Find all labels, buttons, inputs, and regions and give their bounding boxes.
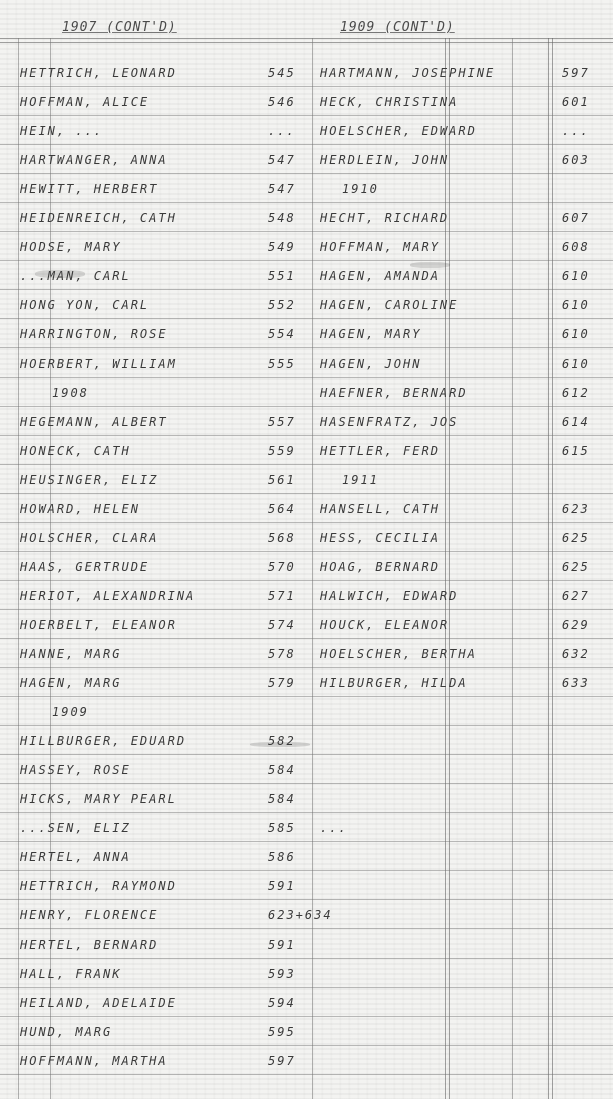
header-rule xyxy=(0,38,613,39)
header-rule-double xyxy=(0,42,613,43)
left-name: HEIDENREICH, CATH xyxy=(20,211,177,225)
right-number: 597 xyxy=(562,66,590,80)
ledger-row: HEILAND, ADELAIDE594 xyxy=(0,988,613,1017)
left-name: HICKS, MARY PEARL xyxy=(20,792,177,806)
ledger-row: HETTRICH, RAYMOND591 xyxy=(0,871,613,900)
left-number: 548 xyxy=(268,211,296,225)
left-name: HEGEMANN, ALBERT xyxy=(20,415,168,429)
ledger-page: 1907 (CONT'D) 1909 (CONT'D) HETTRICH, LE… xyxy=(0,0,613,1099)
left-name: HETTRICH, LEONARD xyxy=(20,66,177,80)
right-name: HAEFNER, BERNARD xyxy=(320,386,468,400)
right-name: HAGEN, JOHN xyxy=(320,357,421,371)
ledger-row: HARRINGTON, ROSE554HAGEN, MARY610 xyxy=(0,319,613,348)
right-name: HERDLEIN, JOHN xyxy=(320,153,449,167)
left-number: 549 xyxy=(268,240,296,254)
year-marker: 1910 xyxy=(342,182,379,196)
left-name: HEUSINGER, ELIZ xyxy=(20,473,158,487)
right-column-header: 1909 (CONT'D) xyxy=(340,20,455,35)
left-number: 623+634 xyxy=(268,908,333,922)
ledger-row: HALL, FRANK593 xyxy=(0,959,613,988)
right-number: 623 xyxy=(562,502,590,516)
left-name: HODSE, MARY xyxy=(20,240,121,254)
right-number: 633 xyxy=(562,676,590,690)
ledger-row: HEWITT, HERBERT5471910 xyxy=(0,174,613,203)
left-number: ... xyxy=(268,124,296,138)
left-number: 578 xyxy=(268,647,296,661)
left-number: 570 xyxy=(268,560,296,574)
left-name: HOFFMAN, ALICE xyxy=(20,95,149,109)
right-number: 615 xyxy=(562,444,590,458)
smudge xyxy=(250,742,310,747)
right-number: 612 xyxy=(562,386,590,400)
left-number: 554 xyxy=(268,327,296,341)
ledger-row: HARTWANGER, ANNA547HERDLEIN, JOHN603 xyxy=(0,145,613,174)
right-name: HECK, CHRISTINA xyxy=(320,95,458,109)
right-number: 601 xyxy=(562,95,590,109)
right-name: HOFFMAN, MARY xyxy=(320,240,440,254)
right-number: 607 xyxy=(562,211,590,225)
left-number: 595 xyxy=(268,1025,296,1039)
year-marker: 1908 xyxy=(52,386,89,400)
ledger-row: HICKS, MARY PEARL584 xyxy=(0,784,613,813)
ledger-row: HEGEMANN, ALBERT557HASENFRATZ, JOS614 xyxy=(0,407,613,436)
left-name: HERIOT, ALEXANDRINA xyxy=(20,589,195,603)
left-number: 547 xyxy=(268,153,296,167)
left-number: 547 xyxy=(268,182,296,196)
ledger-row: HEIN, ......HOELSCHER, EDWARD... xyxy=(0,116,613,145)
right-number: 614 xyxy=(562,415,590,429)
left-name: ...SEN, ELIZ xyxy=(20,821,131,835)
right-name: HILBURGER, HILDA xyxy=(320,676,468,690)
ledger-row: HETTRICH, LEONARD545HARTMANN, JOSEPHINE5… xyxy=(0,58,613,87)
left-number: 564 xyxy=(268,502,296,516)
left-number: 546 xyxy=(268,95,296,109)
left-number: 574 xyxy=(268,618,296,632)
ledger-row: HERTEL, ANNA586 xyxy=(0,842,613,871)
left-name: HANNE, MARG xyxy=(20,647,121,661)
left-name: HEWITT, HERBERT xyxy=(20,182,158,196)
ledger-row: HANNE, MARG578HOELSCHER, BERTHA632 xyxy=(0,639,613,668)
right-name: HARTMANN, JOSEPHINE xyxy=(320,66,495,80)
left-number: 559 xyxy=(268,444,296,458)
left-number: 586 xyxy=(268,850,296,864)
left-name: HOLSCHER, CLARA xyxy=(20,531,158,545)
left-name: HILLBURGER, EDUARD xyxy=(20,734,186,748)
left-number: 593 xyxy=(268,967,296,981)
right-name: HOAG, BERNARD xyxy=(320,560,440,574)
left-number: 584 xyxy=(268,763,296,777)
year-marker: 1909 xyxy=(52,705,89,719)
ledger-row: HEIDENREICH, CATH548HECHT, RICHARD607 xyxy=(0,203,613,232)
left-number: 579 xyxy=(268,676,296,690)
right-name: HECHT, RICHARD xyxy=(320,211,449,225)
left-number: 561 xyxy=(268,473,296,487)
left-number: 585 xyxy=(268,821,296,835)
ledger-row: HONECK, CATH559HETTLER, FERD615 xyxy=(0,436,613,465)
ledger-row: ...MAN, CARL551HAGEN, AMANDA610 xyxy=(0,261,613,290)
ledger-row: HUND, MARG595 xyxy=(0,1017,613,1046)
ledger-row: HOFFMAN, ALICE546HECK, CHRISTINA601 xyxy=(0,87,613,116)
right-name: HESS, CECILIA xyxy=(320,531,440,545)
left-name: HENRY, FLORENCE xyxy=(20,908,158,922)
right-number: 610 xyxy=(562,327,590,341)
ledger-row: HEUSINGER, ELIZ5611911 xyxy=(0,465,613,494)
right-number: 603 xyxy=(562,153,590,167)
right-name: HALWICH, EDWARD xyxy=(320,589,458,603)
ledger-row: HOERBELT, ELEANOR574HOUCK, ELEANOR629 xyxy=(0,610,613,639)
right-name: HASENFRATZ, JOS xyxy=(320,415,458,429)
ledger-row: HOERBERT, WILLIAM555HAGEN, JOHN610 xyxy=(0,349,613,378)
smudge xyxy=(410,262,450,268)
ledger-row: HAAS, GERTRUDE570HOAG, BERNARD625 xyxy=(0,552,613,581)
ledger-row: HOFFMANN, MARTHA597 xyxy=(0,1046,613,1075)
right-number: ... xyxy=(562,124,590,138)
left-name: HOFFMANN, MARTHA xyxy=(20,1054,168,1068)
ledger-row: 1909 xyxy=(0,697,613,726)
right-number: 610 xyxy=(562,357,590,371)
row-rule xyxy=(0,1074,613,1075)
left-name: HEILAND, ADELAIDE xyxy=(20,996,177,1010)
right-name: HOELSCHER, EDWARD xyxy=(320,124,477,138)
left-name: HARTWANGER, ANNA xyxy=(20,153,168,167)
left-name: HAGEN, MARG xyxy=(20,676,121,690)
left-name: HERTEL, ANNA xyxy=(20,850,131,864)
left-number: 568 xyxy=(268,531,296,545)
left-number: 557 xyxy=(268,415,296,429)
ledger-row: HERIOT, ALEXANDRINA571HALWICH, EDWARD627 xyxy=(0,581,613,610)
right-number: 632 xyxy=(562,647,590,661)
ledger-row: HOLSCHER, CLARA568HESS, CECILIA625 xyxy=(0,523,613,552)
right-number: 625 xyxy=(562,531,590,545)
ledger-row: HILLBURGER, EDUARD582 xyxy=(0,726,613,755)
left-number: 591 xyxy=(268,879,296,893)
left-name: HONECK, CATH xyxy=(20,444,131,458)
ledger-row: HENRY, FLORENCE623+634 xyxy=(0,900,613,929)
right-name: HOUCK, ELEANOR xyxy=(320,618,449,632)
right-name: HANSELL, CATH xyxy=(320,502,440,516)
smudge xyxy=(35,270,85,278)
ledger-row: HONG YON, CARL552HAGEN, CAROLINE610 xyxy=(0,290,613,319)
right-number: 627 xyxy=(562,589,590,603)
ledger-row: 1908HAEFNER, BERNARD612 xyxy=(0,378,613,407)
ledger-row: HOWARD, HELEN564HANSELL, CATH623 xyxy=(0,494,613,523)
right-number: 629 xyxy=(562,618,590,632)
left-number: 571 xyxy=(268,589,296,603)
left-name: HASSEY, ROSE xyxy=(20,763,131,777)
right-name: HAGEN, CAROLINE xyxy=(320,298,458,312)
left-number: 591 xyxy=(268,938,296,952)
left-name: HONG YON, CARL xyxy=(20,298,149,312)
left-number: 597 xyxy=(268,1054,296,1068)
right-name: HAGEN, AMANDA xyxy=(320,269,440,283)
left-number: 551 xyxy=(268,269,296,283)
left-name: HUND, MARG xyxy=(20,1025,112,1039)
left-number: 594 xyxy=(268,996,296,1010)
left-column-header: 1907 (CONT'D) xyxy=(62,20,177,35)
ledger-row: ...SEN, ELIZ585... xyxy=(0,813,613,842)
left-name: HETTRICH, RAYMOND xyxy=(20,879,177,893)
right-name: HETTLER, FERD xyxy=(320,444,440,458)
left-name: HAAS, GERTRUDE xyxy=(20,560,149,574)
year-marker: 1911 xyxy=(342,473,379,487)
left-name: HALL, FRANK xyxy=(20,967,121,981)
left-number: 552 xyxy=(268,298,296,312)
ledger-row: HASSEY, ROSE584 xyxy=(0,755,613,784)
left-name: HERTEL, BERNARD xyxy=(20,938,158,952)
ledger-row: HODSE, MARY549HOFFMAN, MARY608 xyxy=(0,232,613,261)
right-name: ... xyxy=(320,821,348,835)
left-name: HOWARD, HELEN xyxy=(20,502,140,516)
left-name: HOERBELT, ELEANOR xyxy=(20,618,177,632)
right-name: HOELSCHER, BERTHA xyxy=(320,647,477,661)
ledger-row: HERTEL, BERNARD591 xyxy=(0,930,613,959)
right-number: 625 xyxy=(562,560,590,574)
left-number: 555 xyxy=(268,357,296,371)
right-number: 608 xyxy=(562,240,590,254)
right-name: HAGEN, MARY xyxy=(320,327,421,341)
right-number: 610 xyxy=(562,298,590,312)
left-name: HARRINGTON, ROSE xyxy=(20,327,168,341)
left-name: HEIN, ... xyxy=(20,124,103,138)
left-number: 584 xyxy=(268,792,296,806)
left-name: HOERBERT, WILLIAM xyxy=(20,357,177,371)
ledger-row: HAGEN, MARG579HILBURGER, HILDA633 xyxy=(0,668,613,697)
left-number: 545 xyxy=(268,66,296,80)
right-number: 610 xyxy=(562,269,590,283)
